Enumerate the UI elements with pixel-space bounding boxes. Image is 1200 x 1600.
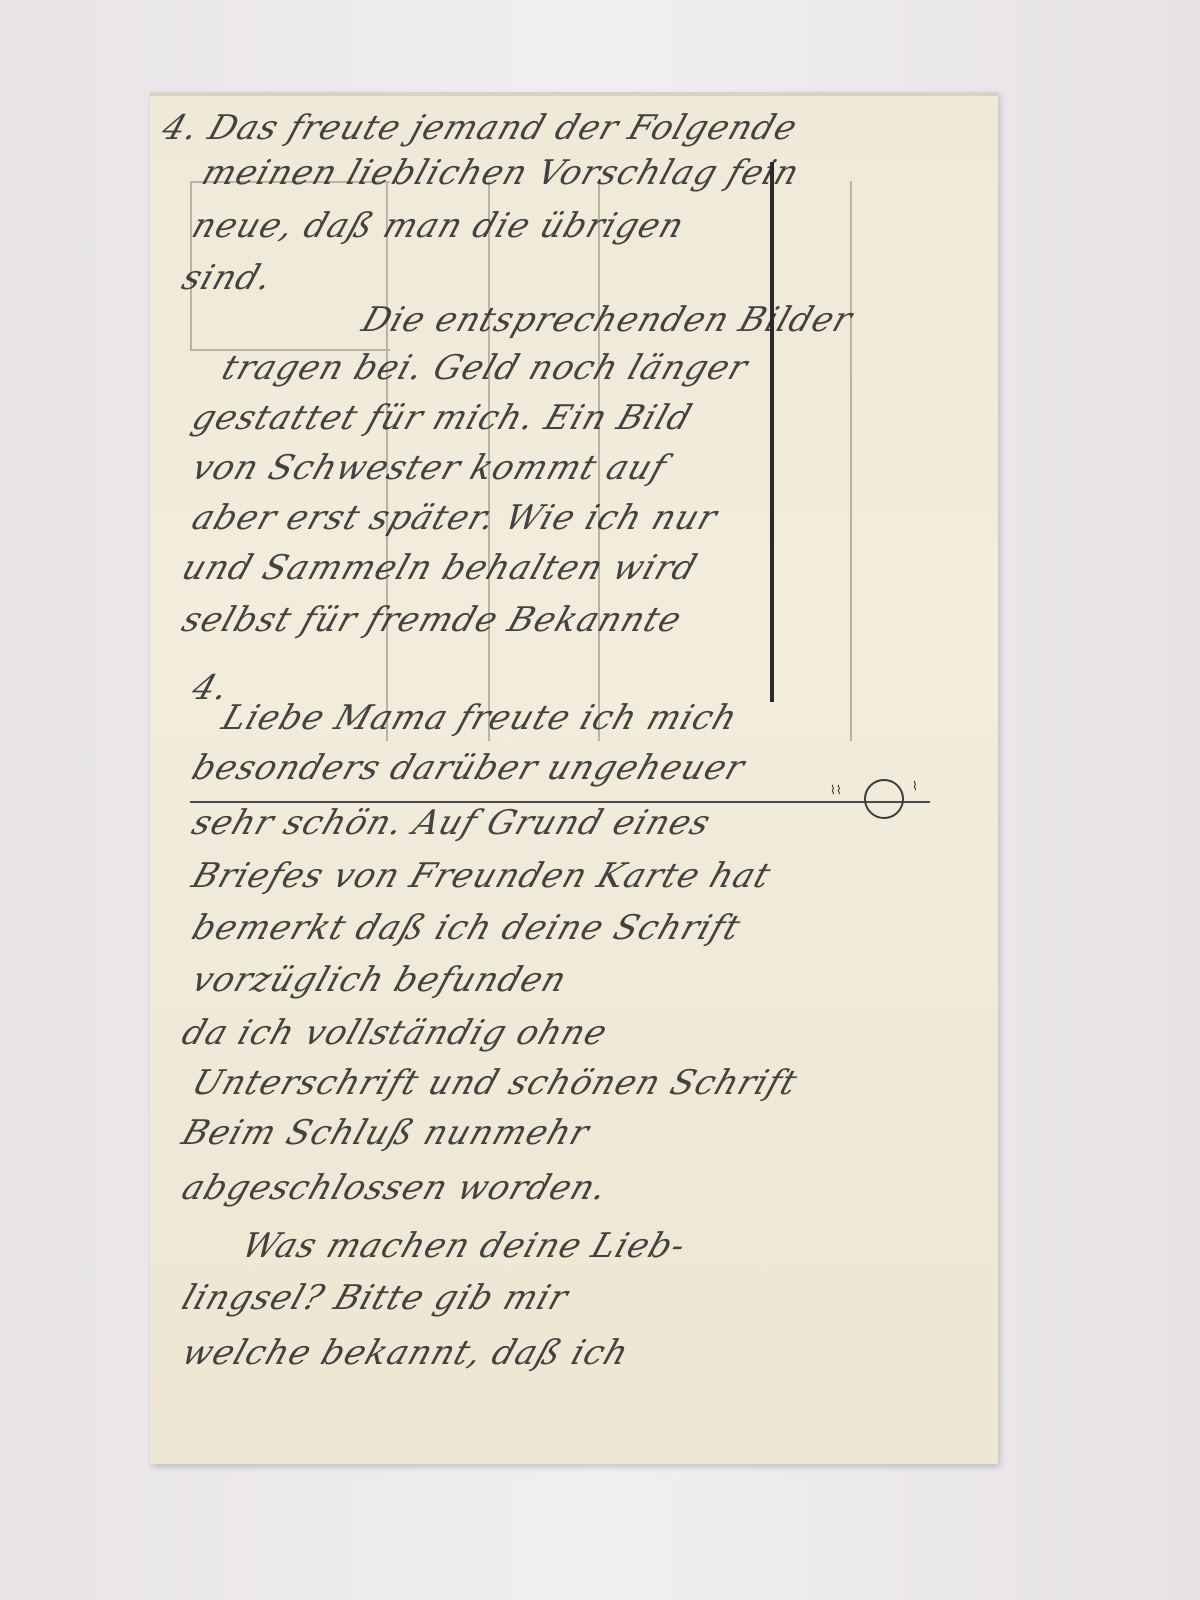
text-line: Die entsprechenden Bilder	[357, 300, 858, 340]
text-line: bemerkt daß ich deine Schrift	[187, 908, 746, 948]
text-line: selbst für fremde Bekannte	[177, 600, 687, 640]
text-line: tragen bei. Geld noch länger	[217, 348, 753, 388]
text-line: meinen lieblichen Vorschlag fein	[197, 153, 805, 193]
text-line: Briefes von Freunden Karte hat	[187, 856, 776, 896]
postmark-glyph: ⌇⌇	[830, 783, 842, 797]
text-line: aber erst später. Wie ich nur	[187, 498, 723, 538]
text-line: welche bekannt, daß ich	[177, 1333, 634, 1373]
text-line: Was machen deine Lieb-	[237, 1226, 691, 1266]
text-line: besonders darüber ungeheuer	[187, 748, 750, 788]
text-line: von Schwester kommt auf	[187, 448, 672, 488]
text-line: und Sammeln behalten wird	[177, 548, 703, 588]
text-line: Liebe Mama freute ich mich	[217, 698, 743, 738]
postmark-circle-icon	[864, 779, 904, 819]
postcard: ⌇⌇ ⌇ 4. Das freute jemand der Folgende m…	[150, 92, 998, 1464]
text-line: lingsel? Bitte gib mir	[177, 1278, 574, 1318]
postmark-glyph: ⌇	[912, 779, 918, 793]
text-line: abgeschlossen worden.	[177, 1168, 613, 1208]
text-line: 4. Das freute jemand der Folgende	[157, 108, 803, 148]
text-line: sehr schön. Auf Grund eines	[187, 803, 716, 843]
text-line: sind.	[177, 258, 278, 298]
text-line: Unterschrift und schönen Schrift	[187, 1063, 803, 1103]
grid-line	[850, 181, 852, 741]
postmark: ⌇⌇ ⌇	[830, 779, 950, 819]
text-line: vorzüglich befunden	[187, 960, 572, 1000]
text-line: da ich vollständig ohne	[177, 1013, 613, 1053]
address-divider-line	[770, 162, 774, 702]
text-line: neue, daß man die übrigen	[187, 206, 690, 246]
text-line: gestattet für mich. Ein Bild	[187, 398, 697, 438]
text-line: Beim Schluß nunmehr	[177, 1113, 595, 1153]
